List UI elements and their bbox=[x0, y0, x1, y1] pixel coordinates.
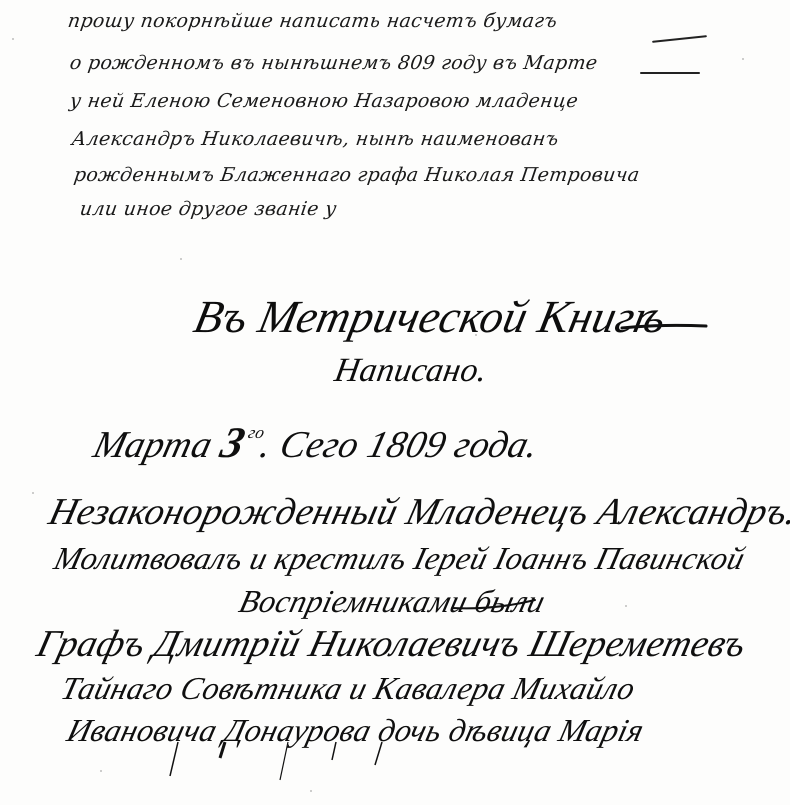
manuscript-page: прошу покорнѣйше написать насчетъ бумагъ… bbox=[0, 0, 790, 805]
line-end-flourish bbox=[652, 35, 707, 43]
record-year: . Сего 1809 года. bbox=[256, 424, 543, 466]
request-line-4: Александръ Николаевичѣ, нынѣ наименованъ bbox=[70, 128, 560, 150]
heading-flourish bbox=[620, 318, 710, 338]
request-line-5: рожденнымъ Блаженнаго графа Николая Петр… bbox=[72, 164, 641, 186]
heading-subtitle: Написано. bbox=[332, 352, 491, 390]
paper-speck bbox=[32, 492, 34, 494]
paper-speck bbox=[12, 38, 14, 40]
heading-title: Въ Метрической Книгѣ bbox=[189, 290, 671, 343]
paper-speck bbox=[625, 605, 627, 607]
paper-speck bbox=[742, 58, 744, 60]
record-date-line: Марта 3го. Сего 1809 года. bbox=[89, 418, 545, 468]
entry-line-child: Незаконорожденный Младенецъ Александръ. bbox=[45, 490, 790, 534]
entry-line-godmother-father: Тайнаго Совѣтника и Кавалера Михайло bbox=[57, 670, 639, 707]
paper-speck bbox=[180, 258, 182, 260]
record-day: 3 bbox=[216, 419, 250, 467]
descender-strokes bbox=[160, 740, 580, 790]
record-month: Марта bbox=[89, 424, 217, 466]
paper-speck bbox=[310, 790, 312, 792]
entry-line-priest: Молитвовалъ и крестилъ Іерей Іоаннъ Пави… bbox=[50, 540, 748, 577]
paper-speck bbox=[100, 770, 102, 772]
request-line-1: прошу покорнѣйше написать насчетъ бумагъ bbox=[66, 10, 558, 32]
line-end-flourish bbox=[640, 72, 700, 74]
line-flourish bbox=[450, 596, 540, 614]
request-line-2: о рожденномъ въ нынѣшнемъ 809 году въ Ма… bbox=[68, 52, 599, 74]
request-line-6: или иное другое званіе у bbox=[78, 198, 338, 220]
request-line-3: у ней Еленою Семеновною Назаровою младен… bbox=[68, 90, 579, 112]
entry-line-godfather: Графъ Дмитрій Николаевичъ Шереметевъ bbox=[33, 622, 751, 666]
